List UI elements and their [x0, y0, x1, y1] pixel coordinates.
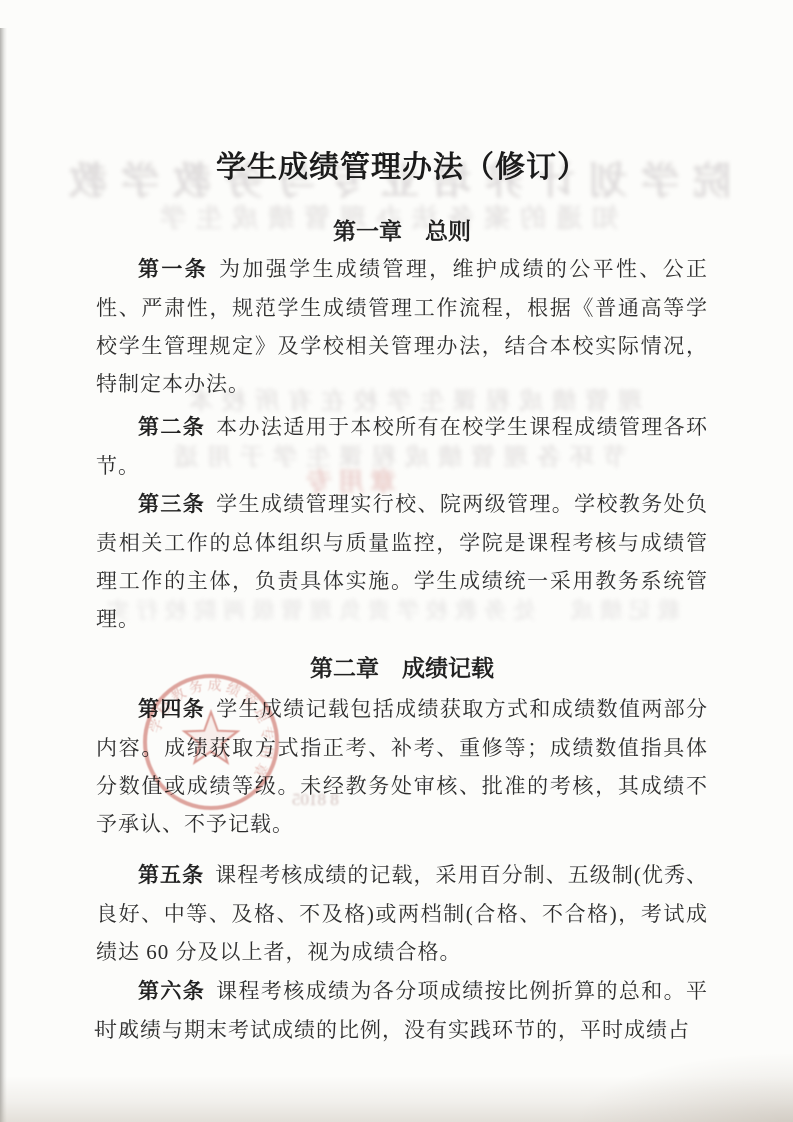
article-1: 第一条为加强学生成绩管理，维护成绩的公平性、公正性、严肃性，规范学生成绩管理工作… — [96, 250, 708, 403]
scan-corner-shadow — [573, 1052, 793, 1122]
article-2: 第二条本办法适用于本校所有在校学生课程成绩管理各环节。 — [96, 408, 708, 485]
page-number: - 2 - — [94, 1018, 162, 1041]
article-4-label: 第四条 — [138, 698, 205, 721]
article-1-label: 第一条 — [138, 258, 208, 281]
document-title: 学生成绩管理办法（修订） — [96, 150, 708, 186]
scanned-document-page: 院学划计养培业专与务教学教 知通的案备法办理管绩成生学 理管绩成程课生学校在有所… — [0, 0, 793, 1122]
article-5-label: 第五条 — [138, 864, 204, 887]
scan-edge-shadow-left — [0, 28, 7, 1122]
document-body: 学生成绩管理办法（修订） 第一章 总则 第一条为加强学生成绩管理，维护成绩的公平… — [96, 150, 708, 1049]
article-6-label: 第六条 — [138, 980, 205, 1003]
article-2-label: 第二条 — [138, 416, 205, 439]
article-5: 第五条课程考核成绩的记载，采用百分制、五级制(优秀、良好、中等、及格、不及格)或… — [96, 856, 708, 971]
article-3-label: 第三条 — [138, 493, 205, 516]
article-4: 第四条学生成绩记载包括成绩获取方式和成绩数值两部分内容。成绩获取方式指正考、补考… — [96, 690, 708, 843]
chapter-2-heading: 第二章 成绩记载 — [96, 651, 708, 685]
article-3: 第三条学生成绩管理实行校、院两级管理。学校教务处负责相关工作的总体组织与质量监控… — [96, 485, 708, 638]
article-6: 第六条课程考核成绩为各分项成绩按比例折算的总和。平时成绩与期末考试成绩的比例，没… — [96, 972, 708, 1049]
chapter-1-heading: 第一章 总则 — [96, 214, 708, 248]
